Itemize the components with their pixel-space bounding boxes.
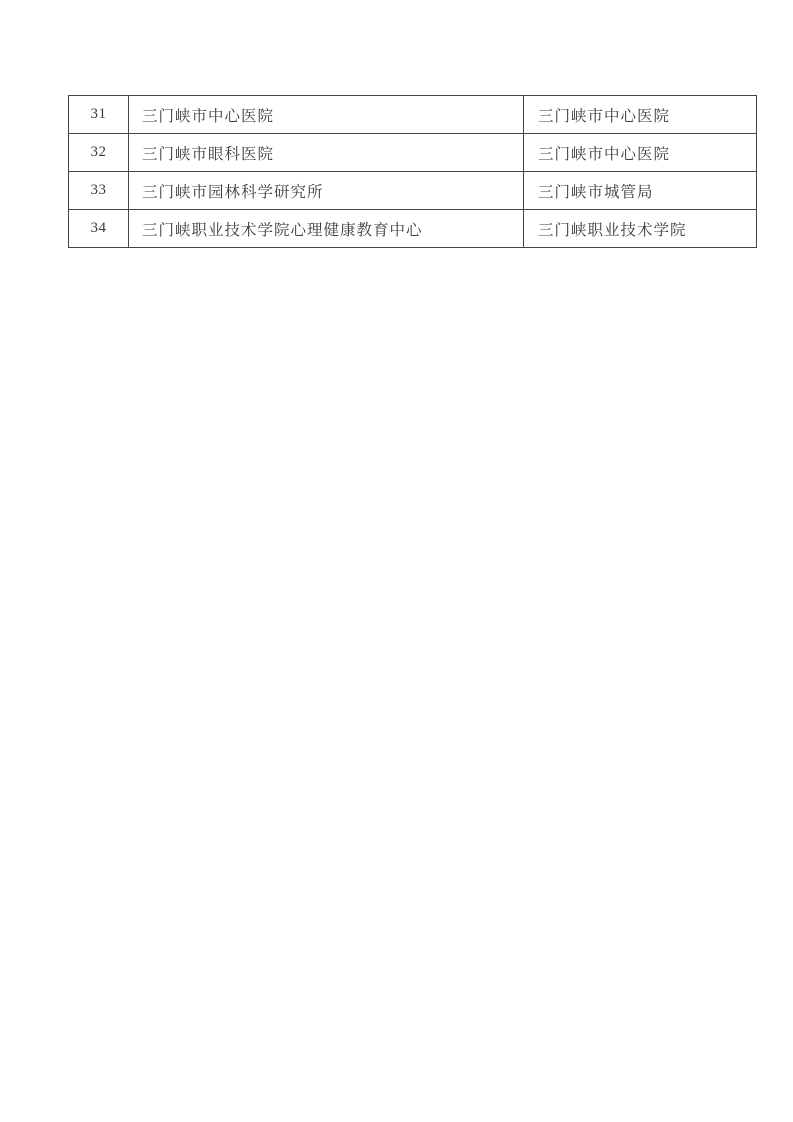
department-cell: 三门峡职业技术学院 (524, 210, 757, 248)
unit-name-cell: 三门峡市中心医院 (129, 96, 524, 134)
row-number-cell: 31 (69, 96, 129, 134)
unit-name-cell: 三门峡市园林科学研究所 (129, 172, 524, 210)
unit-name-cell: 三门峡市眼科医院 (129, 134, 524, 172)
row-number-cell: 32 (69, 134, 129, 172)
row-number-cell: 34 (69, 210, 129, 248)
table-row: 31 三门峡市中心医院 三门峡市中心医院 (69, 96, 757, 134)
table-row: 33 三门峡市园林科学研究所 三门峡市城管局 (69, 172, 757, 210)
table-row: 34 三门峡职业技术学院心理健康教育中心 三门峡职业技术学院 (69, 210, 757, 248)
department-cell: 三门峡市中心医院 (524, 134, 757, 172)
department-cell: 三门峡市中心医院 (524, 96, 757, 134)
unit-name-cell: 三门峡职业技术学院心理健康教育中心 (129, 210, 524, 248)
document-page: 31 三门峡市中心医院 三门峡市中心医院 32 三门峡市眼科医院 三门峡市中心医… (0, 0, 793, 1122)
department-cell: 三门峡市城管局 (524, 172, 757, 210)
table-row: 32 三门峡市眼科医院 三门峡市中心医院 (69, 134, 757, 172)
row-number-cell: 33 (69, 172, 129, 210)
units-table: 31 三门峡市中心医院 三门峡市中心医院 32 三门峡市眼科医院 三门峡市中心医… (68, 95, 757, 248)
